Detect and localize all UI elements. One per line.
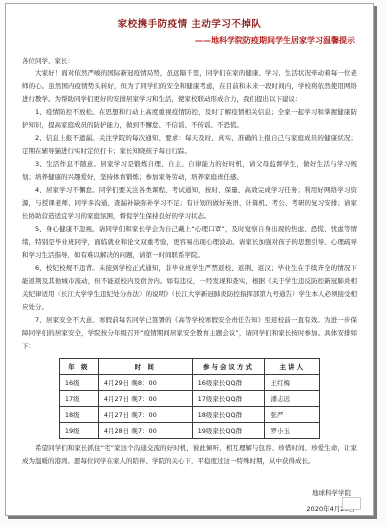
signature: 地球科学学院 [22, 488, 351, 497]
meeting-schedule-table: 年 级时 间参与会议方式主讲人 16级4月29日 晚8：0016级家长QQ群王红… [59, 358, 320, 439]
table-cell: 16级家长QQ群 [192, 375, 265, 391]
table-header-cell: 参与会议方式 [192, 359, 265, 375]
table-row: 17级4月27日 晚7：0017级家长QQ群潘志远 [59, 391, 319, 407]
table-header-row: 年 级时 间参与会议方式主讲人 [59, 359, 319, 375]
paragraph: 大家好！面对依然严峻的国际新冠疫情局势，虽远隔千里，同学们在家的健康、学习、生活… [22, 67, 357, 106]
table-cell: 潘志远 [265, 391, 320, 407]
table-row: 19级4月28日 晚7：0019级家长QQ群罗小玉 [59, 423, 319, 439]
table-cell: 19级家长QQ群 [192, 423, 265, 439]
table-cell: 17级家长QQ群 [192, 391, 265, 407]
table-cell: 17级 [59, 391, 98, 407]
table-header-cell: 时 间 [98, 359, 192, 375]
table-cell: 王红梅 [265, 375, 320, 391]
document-canvas: 家校携手防疫情 主动学习不掉队 ——地科学院防疫期间学生居家学习温馨提示 各位同… [0, 0, 387, 526]
document-subtitle: ——地科学院防疫期间学生居家学习温馨提示 [22, 35, 355, 46]
table-cell: 张严 [265, 407, 320, 423]
table-cell: 4月28日 晚7：00 [98, 423, 192, 439]
table-cell: 18级家长QQ群 [192, 407, 265, 423]
paragraph: 6、校纪校规不违背。未接到学校正式通知，非毕业班学生严禁返校、返荆、返汉；毕业生… [22, 262, 357, 314]
closing-block: 希望同学们和家长抓住“宅”家这个沟通交流的好时机，彼此倾听、相互理解与包容、珍惜… [22, 442, 357, 468]
document-date: 2020年4月26日 [22, 504, 355, 513]
paragraph: 2、信息上报不遗漏。关注学院的每次通知、要求：每天及时、真实、准确的上报自己与家… [22, 132, 357, 158]
table-cell: 4月27日 晚7：00 [98, 407, 192, 423]
table-cell: 19级 [59, 423, 98, 439]
table-cell: 4月29日 晚8：00 [98, 375, 192, 391]
paragraph: 1、疫情防控不放松。在思想和行动上高度重视疫情防控，及时了解疫情相关信息；全家一… [22, 106, 357, 132]
table-cell: 4月27日 晚7：00 [98, 391, 192, 407]
table-cell: 罗小玉 [265, 423, 320, 439]
table-cell: 18级 [59, 407, 98, 423]
table-head: 年 级时 间参与会议方式主讲人 [59, 359, 319, 375]
paragraph: 7、居家安全不大意。寒假前每名同学已签署的《高等学校寒假安全责任告知》至返校前一… [22, 314, 357, 353]
closing-paragraph: 希望同学们和家长抓住“宅”家这个沟通交流的好时机，彼此倾听、相互理解与包容、珍惜… [22, 442, 357, 468]
table-header-cell: 年 级 [59, 359, 98, 375]
table-row: 16级4月29日 晚8：0016级家长QQ群王红梅 [59, 375, 319, 391]
document-title: 家校携手防疫情 主动学习不掉队 [22, 16, 357, 30]
paragraph: 4、居家学习不懈怠。同学们要关注各类课程、考试通知，按时、保量、高效完成学习任务… [22, 184, 357, 223]
document-page: 家校携手防疫情 主动学习不掉队 ——地科学院防疫期间学生居家学习温馨提示 各位同… [5, 3, 374, 516]
table-row: 18级4月27日 晚7：0018级家长QQ群张严 [59, 407, 319, 423]
body-paragraphs: 大家好！面对依然严峻的国际新冠疫情局势，虽远隔千里，同学们在家的健康、学习、生活… [22, 67, 357, 353]
table-body: 16级4月29日 晚8：0016级家长QQ群王红梅17级4月27日 晚7：001… [59, 375, 319, 439]
paragraph: 5、身心健康不忽视。请同学们和家长学会为自己戴上“心理口罩”，及时觉察自身出现的… [22, 223, 357, 262]
table-cell: 16级 [59, 375, 98, 391]
paragraph: 3、生活作息不随意。居家学习是锻炼自理、自主、自律能力的好时机，请父母监督学生，… [22, 158, 357, 184]
table-header-cell: 主讲人 [265, 359, 320, 375]
salutation: 各位同学、家长： [22, 56, 357, 65]
corner-artifact [342, 497, 361, 510]
